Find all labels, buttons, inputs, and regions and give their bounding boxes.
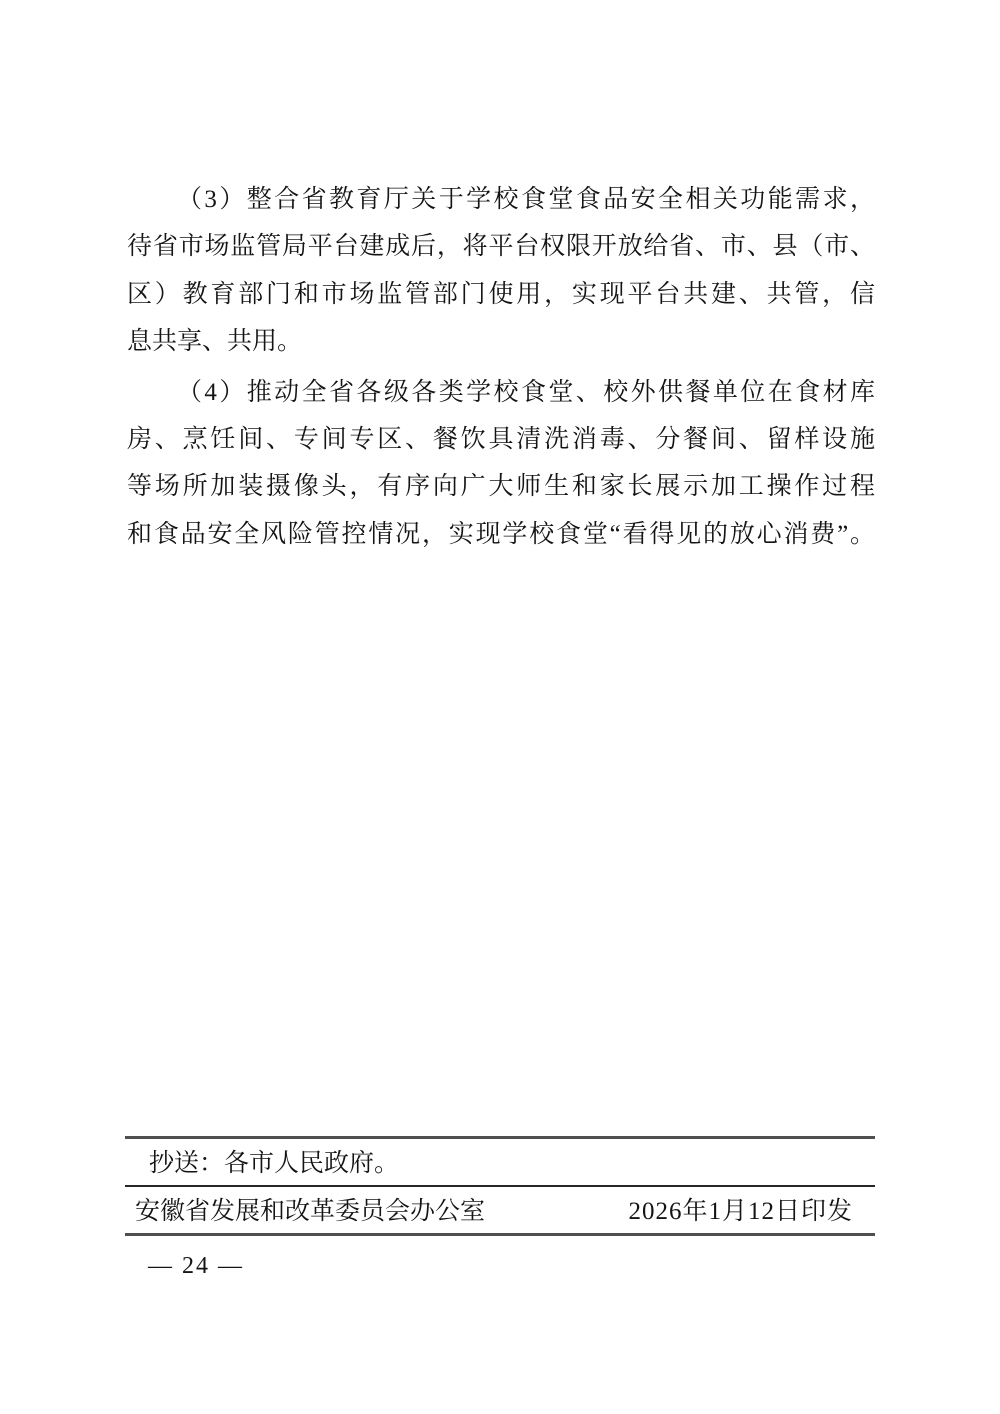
text-line: 房、烹饪间、专间专区、餐饮具清洗消毒、分餐间、留样设施 — [127, 416, 875, 463]
text-line: 息共享、共用。 — [127, 318, 875, 365]
text-line: 等场所加装摄像头，有序向广大师生和家长展示加工操作过程 — [127, 463, 875, 510]
paragraph-3: （3）整合省教育厅关于学校食堂食品安全相关功能需求， 待省市场监管局平台建成后，… — [127, 176, 875, 366]
issuer-row: 安徽省发展和改革委员会办公室 2026年1月12日印发 — [125, 1193, 875, 1231]
text-line: （4）推动全省各级各类学校食堂、校外供餐单位在食材库 — [127, 369, 875, 416]
footer-middle-rule — [125, 1185, 875, 1187]
copy-to-row: 抄送：各市人民政府。 — [125, 1145, 875, 1183]
print-date: 2026年1月12日印发 — [628, 1193, 853, 1231]
text-line: 区）教育部门和市场监管部门使用，实现平台共建、共管，信 — [127, 271, 875, 318]
issuing-office: 安徽省发展和改革委员会办公室 — [135, 1193, 485, 1231]
page-number: — 24 — — [148, 1250, 244, 1282]
copy-to-text: 抄送：各市人民政府。 — [149, 1150, 399, 1177]
text-line: 待省市场监管局平台建成后，将平台权限开放给省、市、县（市、 — [127, 223, 875, 270]
footer-bottom-rule — [125, 1233, 875, 1236]
document-page: （3）整合省教育厅关于学校食堂食品安全相关功能需求， 待省市场监管局平台建成后，… — [0, 0, 1000, 1414]
footer-top-rule — [125, 1136, 875, 1139]
document-body: （3）整合省教育厅关于学校食堂食品安全相关功能需求， 待省市场监管局平台建成后，… — [127, 176, 875, 558]
text-line: （3）整合省教育厅关于学校食堂食品安全相关功能需求， — [127, 176, 875, 223]
text-line: 和食品安全风险管控情况，实现学校食堂“看得见的放心消费”。 — [127, 511, 875, 558]
paragraph-4: （4）推动全省各级各类学校食堂、校外供餐单位在食材库 房、烹饪间、专间专区、餐饮… — [127, 369, 875, 559]
